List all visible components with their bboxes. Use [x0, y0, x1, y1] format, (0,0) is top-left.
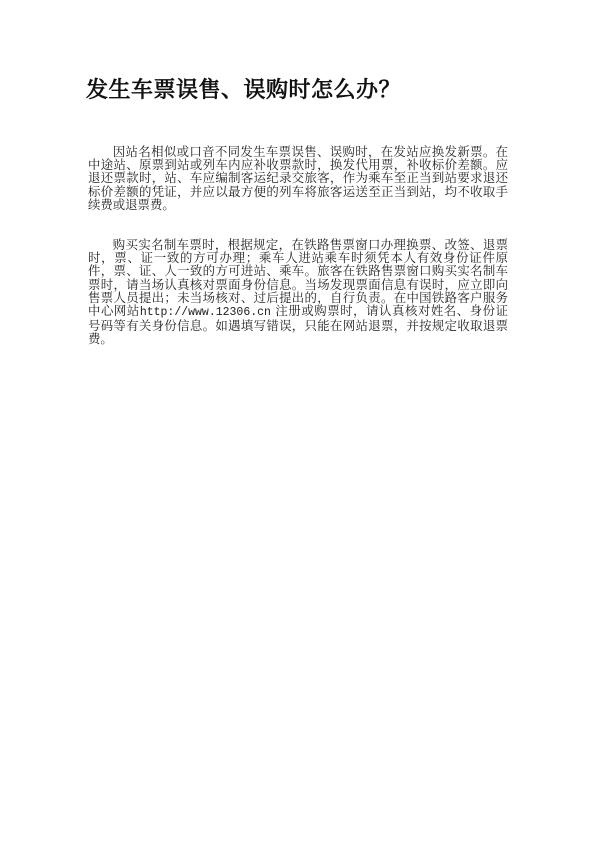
document-page: 发生车票误售、误购时怎么办？ 因站名相似或口音不同发生车票误售、误购时，在发站应… — [0, 0, 595, 842]
paragraph-misissued-tickets: 因站名相似或口音不同发生车票误售、误购时，在发站应换发新票。在中途站、原票到站或… — [88, 145, 508, 211]
page-title: 发生车票误售、误购时怎么办？ — [86, 77, 401, 105]
website-link[interactable]: http://www.12306.cn — [140, 306, 271, 319]
paragraph-real-name-tickets: 购买实名制车票时，根据规定，在铁路售票窗口办理换票、改签、退票时，票、证一致的方… — [88, 238, 508, 346]
